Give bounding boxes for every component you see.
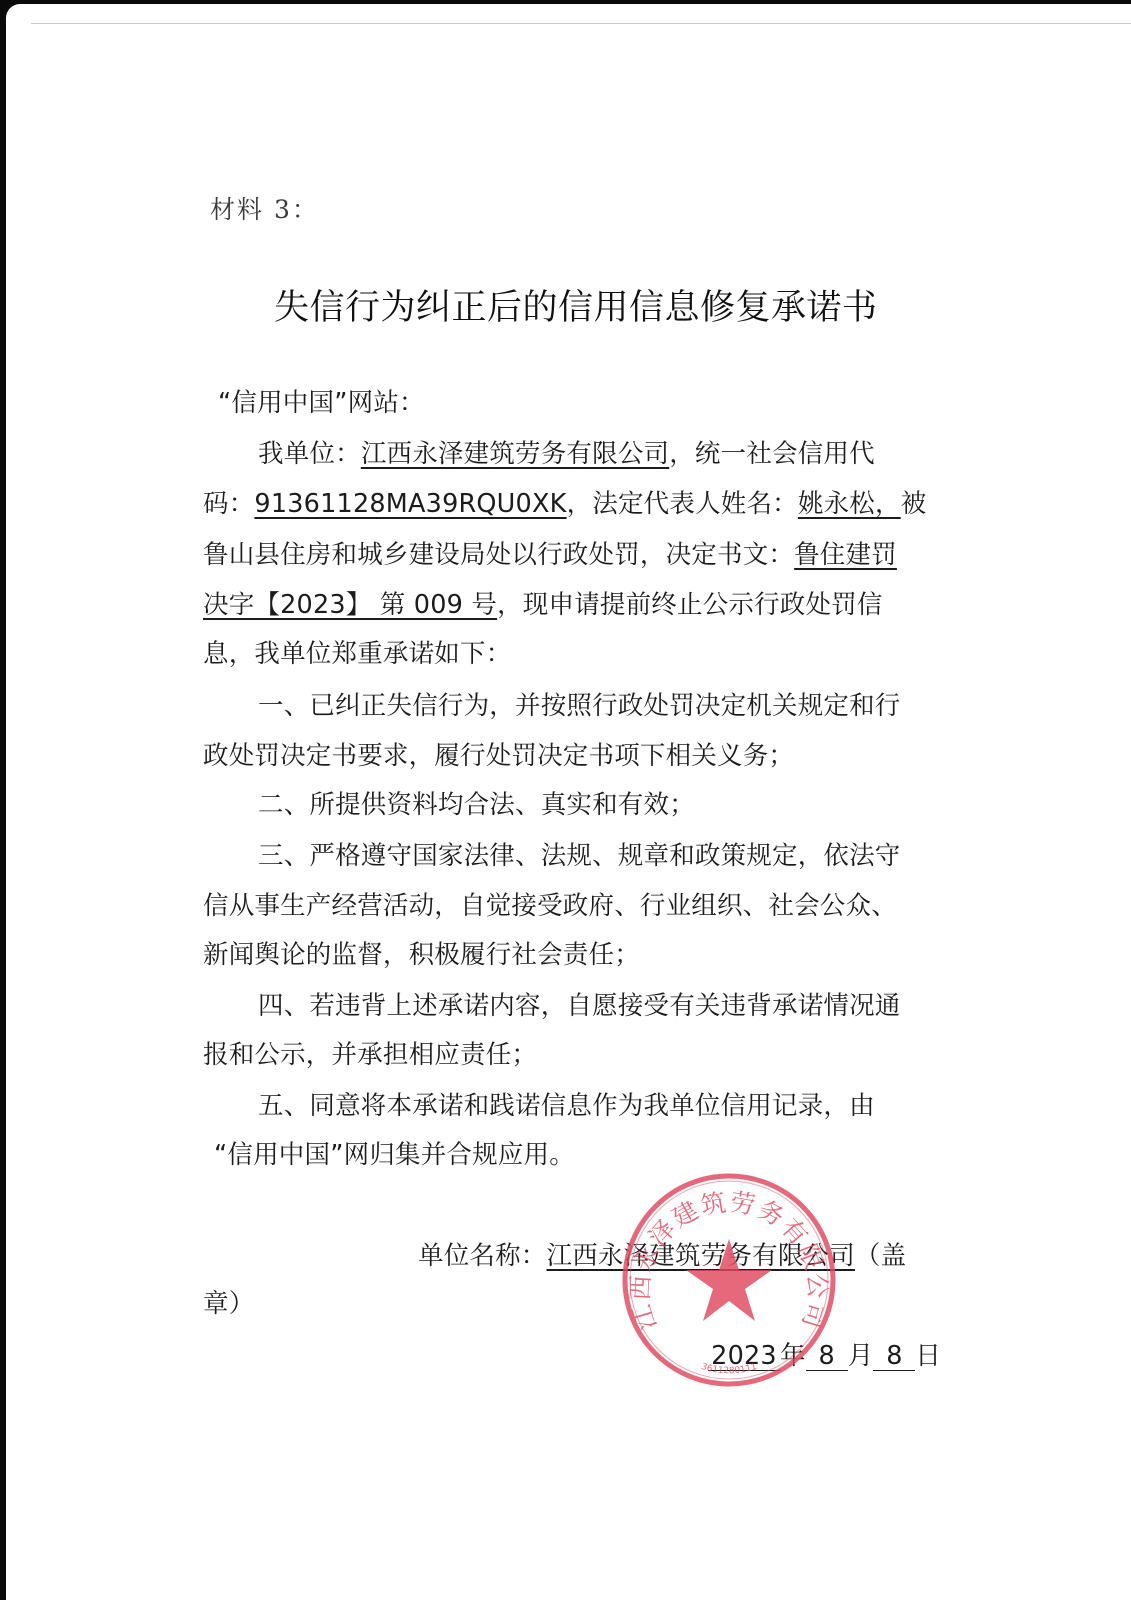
decision-number-part1: 鲁住建罚 bbox=[794, 540, 897, 570]
commitment-3-line-2: 信从事生产经营活动，自觉接受政府、行业组织、社会公众、 bbox=[203, 890, 897, 922]
date-month: 8 bbox=[806, 1342, 848, 1371]
date-month-unit: 月 bbox=[848, 1341, 874, 1371]
document-body: 材料 3： 失信行为纠正后的信用信息修复承诺书 “信用中国”网站： 我单位：江西… bbox=[6, 4, 1131, 1600]
intro-after-code: ，法定代表人姓名： bbox=[567, 489, 798, 519]
credit-code: 91361128MA39RQU0XK bbox=[254, 489, 566, 519]
commitment-3-line-1: 三、严格遵守国家法律、法规、规章和政策规定，依法守 bbox=[258, 840, 901, 872]
date-year: 2023 bbox=[708, 1342, 780, 1371]
decision-number-part2: 决字【2023】 第 009 号 bbox=[203, 590, 497, 620]
signature-company-name: 江西永泽建筑劳务有限公司 bbox=[547, 1241, 855, 1271]
signature-label: 单位名称： bbox=[418, 1241, 547, 1271]
intro-after-company: ，统一社会信用代 bbox=[669, 439, 875, 469]
code-prefix: 码： bbox=[203, 489, 254, 519]
commitment-5-line-2: “信用中国”网归集并合规应用。 bbox=[214, 1139, 575, 1171]
intro-after-decision: ，现申请提前终止公示行政处罚信 bbox=[497, 590, 883, 620]
commitment-5-line-1: 五、同意将本承诺和践诺信息作为我单位信用记录，由 bbox=[258, 1090, 875, 1122]
commitment-1-line-1: 一、已纠正失信行为，并按照行政处罚决定机关规定和行 bbox=[258, 690, 901, 722]
seal-note-close: 章） bbox=[203, 1288, 254, 1320]
company-name: 江西永泽建筑劳务有限公司 bbox=[361, 439, 669, 469]
salutation: “信用中国”网站： bbox=[218, 387, 425, 419]
intro-line-2: 码：91361128MA39RQU0XK，法定代表人姓名：姚永松，被 bbox=[203, 488, 926, 520]
commitment-1-line-2: 政处罚决定书要求，履行处罚决定书项下相关义务； bbox=[203, 740, 794, 772]
commitment-4-line-2: 报和公示，并承担相应责任； bbox=[203, 1039, 537, 1071]
scanned-page: 材料 3： 失信行为纠正后的信用信息修复承诺书 “信用中国”网站： 我单位：江西… bbox=[6, 4, 1131, 1600]
intro-line-3-text: 鲁山县住房和城乡建设局处以行政处罚，决定书文： bbox=[203, 540, 794, 570]
signature-line: 单位名称：江西永泽建筑劳务有限公司（盖 bbox=[418, 1240, 906, 1272]
intro-after-rep: 被 bbox=[901, 489, 927, 519]
intro-line-4: 决字【2023】 第 009 号，现申请提前终止公示行政处罚信 bbox=[203, 589, 883, 621]
commitment-2-line-1: 二、所提供资料均合法、真实和有效； bbox=[258, 789, 695, 821]
intro-line-3: 鲁山县住房和城乡建设局处以行政处罚，决定书文：鲁住建罚 bbox=[203, 539, 897, 571]
date-line: 2023年8月8日 bbox=[708, 1340, 941, 1372]
commitment-3-line-3: 新闻舆论的监督，积极履行社会责任； bbox=[203, 939, 640, 971]
intro-line-5: 息，我单位郑重承诺如下： bbox=[203, 638, 511, 670]
legal-representative: 姚永松， bbox=[798, 489, 901, 519]
seal-note-open: （盖 bbox=[855, 1241, 906, 1271]
document-title: 失信行为纠正后的信用信息修复承诺书 bbox=[274, 280, 878, 330]
date-year-unit: 年 bbox=[780, 1341, 806, 1371]
intro-line-1: 我单位：江西永泽建筑劳务有限公司，统一社会信用代 bbox=[258, 438, 875, 470]
intro-prefix: 我单位： bbox=[258, 439, 361, 469]
commitment-4-line-1: 四、若违背上述承诺内容，自愿接受有关违背承诺情况通 bbox=[258, 990, 901, 1022]
material-label: 材料 3： bbox=[210, 190, 319, 226]
date-day: 8 bbox=[873, 1342, 915, 1371]
date-day-unit: 日 bbox=[915, 1341, 941, 1371]
